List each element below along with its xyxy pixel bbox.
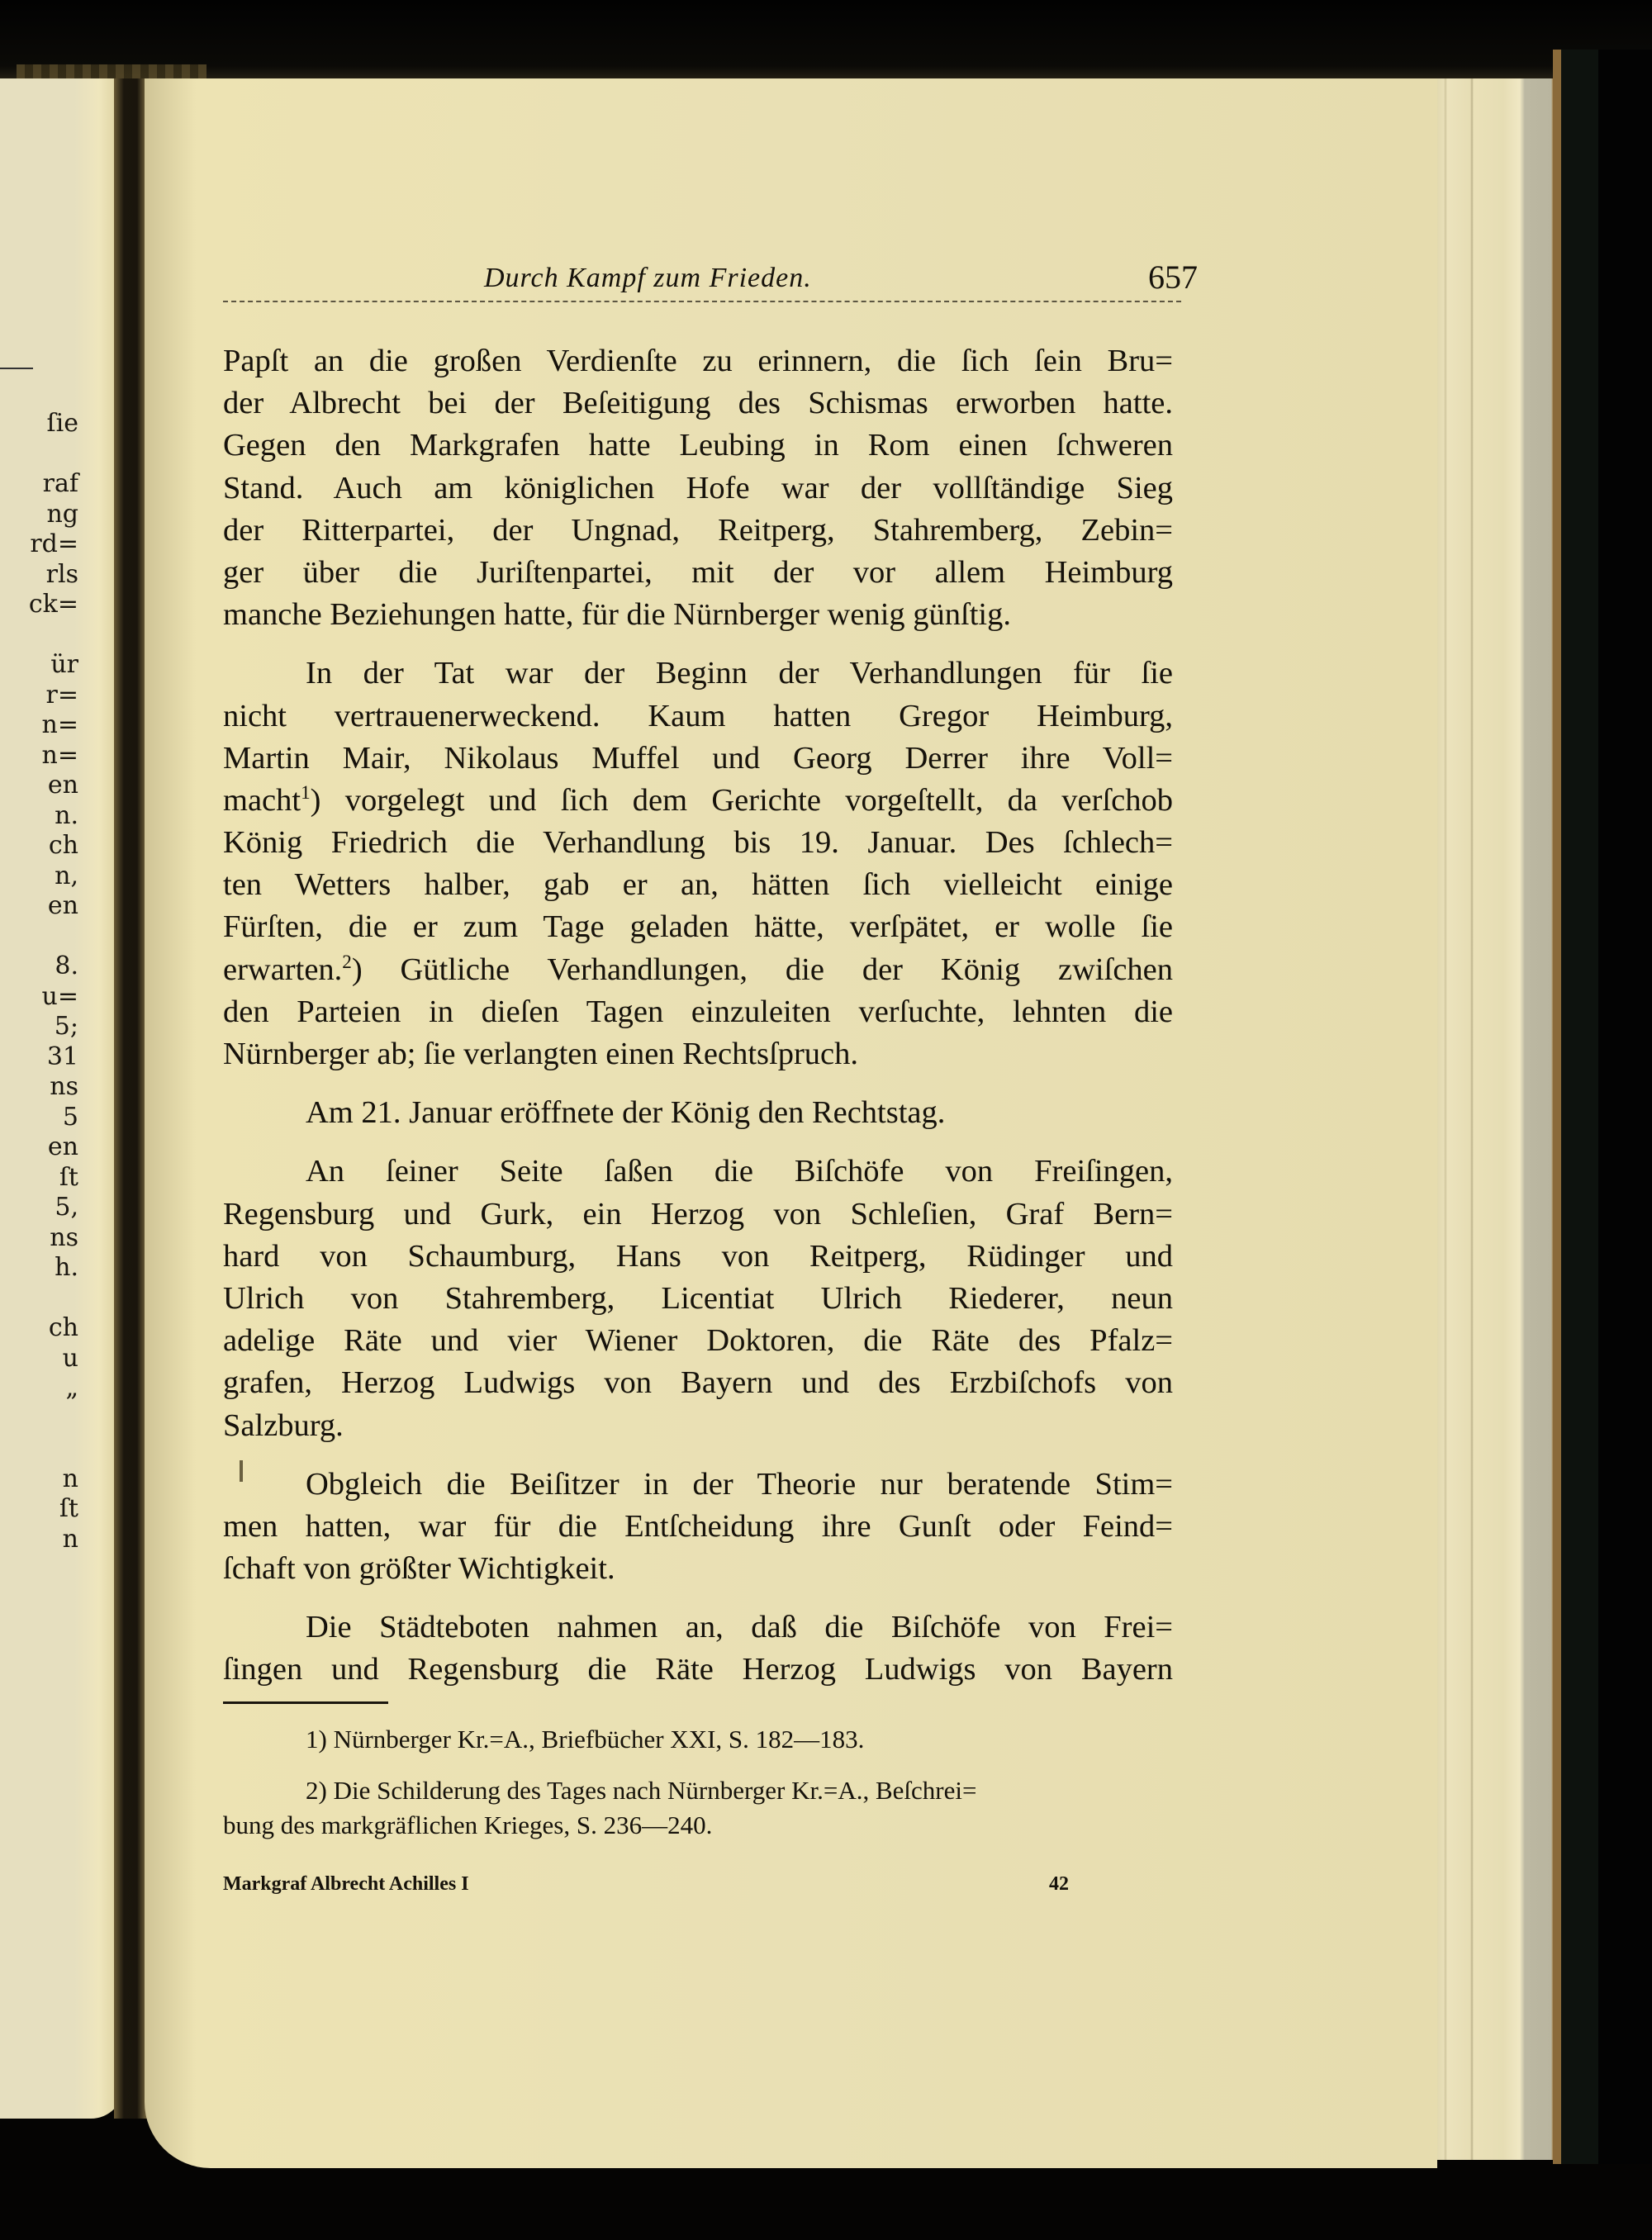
footnote-2-continuation: bung des markgräflichen Krieges, S. 236—… bbox=[223, 1808, 1173, 1843]
footnote-text: Nürnberger Kr.=A., Briefbücher XXI, S. 1… bbox=[334, 1725, 865, 1754]
text-fragment: ) vorgelegt und ſich dem Gerichte vorgeſ… bbox=[311, 783, 1173, 818]
text-line: Ulrich von Stahremberg, Licentiat Ulrich… bbox=[223, 1278, 1173, 1320]
text-line: ger über die Juriſtenpartei, mit der vor… bbox=[223, 552, 1173, 594]
text-line: manche Beziehungen hatte, für die Nürnbe… bbox=[223, 594, 1173, 636]
text-line: der Ritterpartei, der Ungnad, Reitperg, … bbox=[223, 510, 1173, 552]
text-line: Fürſten, die er zum Tage geladen hätte, … bbox=[223, 906, 1173, 948]
paragraph-start: Am 21. Januar eröffnete der König den Re… bbox=[223, 1092, 1173, 1134]
header-rule bbox=[223, 301, 1181, 302]
footnotes: 1) Nürnberger Kr.=A., Briefbücher XXI, S… bbox=[223, 1722, 1173, 1843]
running-head: Durch Kampf zum Frieden. 657 bbox=[223, 263, 1173, 304]
page-number: 657 bbox=[1148, 258, 1198, 297]
text-line: ſingen und Regensburg die Räte Herzog Lu… bbox=[223, 1649, 1173, 1691]
previous-page: ſie raf ng rd= rls ck= ür r= n= n= en n.… bbox=[0, 78, 124, 2119]
text-line: der Albrecht bei der Beſeitigung des Sch… bbox=[223, 382, 1173, 425]
text-line: Regensburg und Gurk, ein Herzog von Schl… bbox=[223, 1194, 1173, 1236]
text-line-with-footnote: erwarten.2) Gütliche Verhandlungen, die … bbox=[223, 949, 1173, 991]
book-cover-top bbox=[0, 0, 1652, 83]
text-line: Martin Mair, Nikolaus Muffel und Georg D… bbox=[223, 738, 1173, 780]
text-line: Stand. Auch am königlichen Hofe war der … bbox=[223, 467, 1173, 510]
footnote-marker: 1) bbox=[306, 1725, 327, 1754]
text-line: ten Wetters halber, gab er an, hätten ſi… bbox=[223, 864, 1173, 906]
text-fragment: ) Gütliche Verhandlungen, die der König … bbox=[352, 952, 1173, 987]
body-text: Papſt an die großen Verdienſte zu erinne… bbox=[223, 340, 1173, 1692]
headband bbox=[17, 64, 206, 79]
margin-mark bbox=[240, 1460, 243, 1482]
footnote-marker: 2) bbox=[306, 1776, 327, 1805]
text-line: den Parteien in dieſen Tagen einzuleiten… bbox=[223, 991, 1173, 1033]
text-line: Gegen den Markgrafen hatte Leubing in Ro… bbox=[223, 425, 1173, 467]
previous-page-text-fragments: ſie raf ng rd= rls ck= ür r= n= n= en n.… bbox=[0, 409, 78, 1554]
signature-line: Markgraf Albrecht Achilles I bbox=[223, 1873, 1173, 1896]
previous-page-header-rule bbox=[0, 368, 33, 369]
text-line: men hatten, war für die Entſcheidung ihr… bbox=[223, 1506, 1173, 1548]
text-line: Salzburg. bbox=[223, 1405, 1173, 1447]
book-gutter bbox=[114, 78, 147, 2119]
text-fragment: macht bbox=[223, 783, 301, 818]
signature-number: 42 bbox=[1049, 1873, 1069, 1896]
paragraph-start: In der Tat war der Beginn der Verhandlun… bbox=[223, 653, 1173, 695]
footnote-ref-1[interactable]: 1 bbox=[301, 781, 311, 803]
paragraph-start: An ſeiner Seite ſaßen die Biſchöfe von F… bbox=[223, 1151, 1173, 1193]
paragraph-start: Obgleich die Beiſitzer in der Theorie nu… bbox=[223, 1464, 1173, 1506]
text-line: ſchaft von größter Wichtigkeit. bbox=[223, 1548, 1173, 1590]
text-fragment: erwarten. bbox=[223, 952, 342, 987]
footnote-text: Die Schilderung des Tages nach Nürnberge… bbox=[334, 1776, 977, 1805]
book-cover-right bbox=[1553, 50, 1652, 2164]
text-line: hard von Schaumburg, Hans von Reitperg, … bbox=[223, 1236, 1173, 1278]
text-line: Papſt an die großen Verdienſte zu erinne… bbox=[223, 340, 1173, 382]
text-line-with-footnote: macht1) vorgelegt und ſich dem Gerichte … bbox=[223, 780, 1173, 822]
footnote-1: 1) Nürnberger Kr.=A., Briefbücher XXI, S… bbox=[223, 1722, 1173, 1757]
footnote-ref-2[interactable]: 2 bbox=[342, 951, 352, 972]
text-line: König Friedrich die Verhandlung bis 19. … bbox=[223, 822, 1173, 864]
footnote-2: 2) Die Schilderung des Tages nach Nürnbe… bbox=[223, 1773, 1173, 1808]
paragraph-start: Die Städteboten nahmen an, daß die Biſch… bbox=[223, 1606, 1173, 1649]
page-edges-stack bbox=[1437, 78, 1553, 2160]
text-line: Nürnberger ab; ſie verlangten einen Rech… bbox=[223, 1033, 1173, 1075]
text-line: nicht vertrauenerweckend. Kaum hatten Gr… bbox=[223, 695, 1173, 738]
text-line: adelige Räte und vier Wiener Doktoren, d… bbox=[223, 1320, 1173, 1362]
running-title: Durch Kampf zum Frieden. bbox=[484, 263, 812, 294]
text-line: grafen, Herzog Ludwigs von Bayern und de… bbox=[223, 1362, 1173, 1404]
footnote-rule bbox=[223, 1701, 388, 1704]
